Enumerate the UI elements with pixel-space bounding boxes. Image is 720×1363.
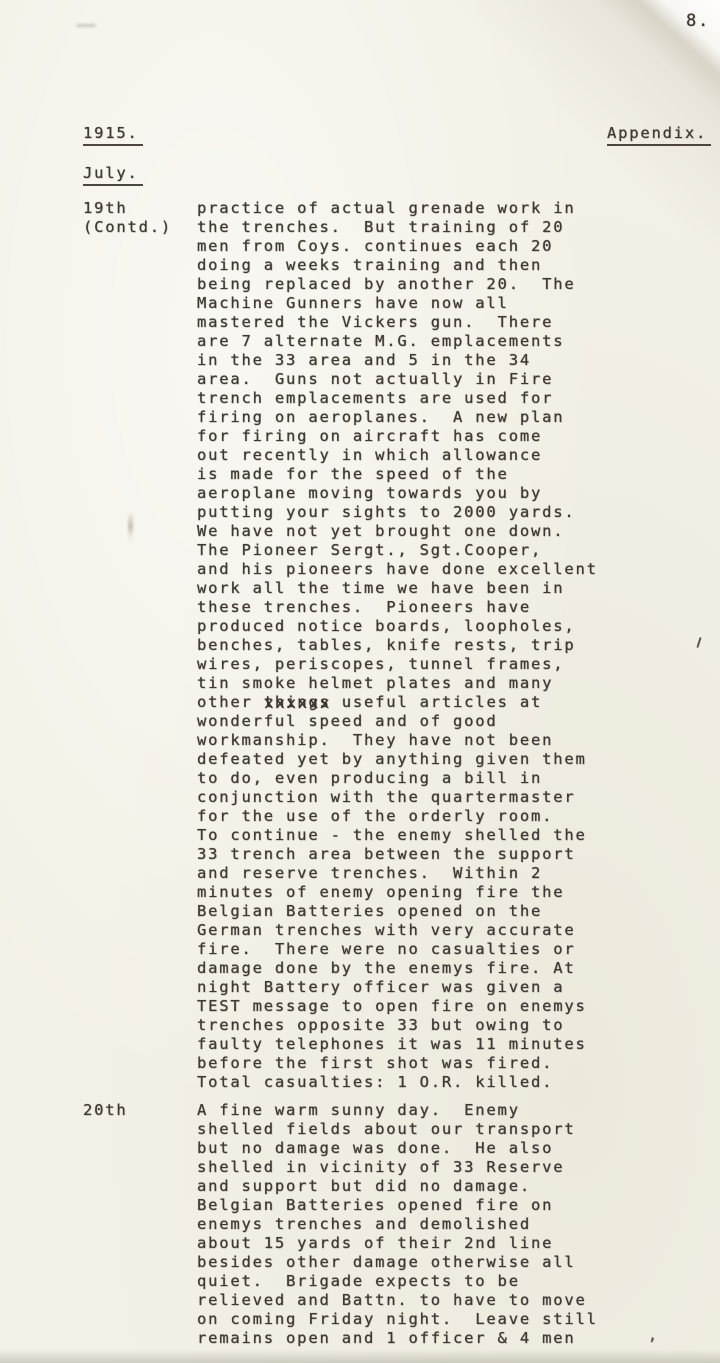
- text-line: night Battery officer was given a: [197, 978, 598, 997]
- text-line: workmanship. They have not been: [197, 731, 598, 750]
- text-line: for firing on aircraft has come: [197, 427, 598, 446]
- text-line: before the first shot was fired.: [197, 1054, 598, 1073]
- text-line: benches, tables, knife rests, trip: [197, 636, 598, 655]
- text-line: practice of actual grenade work in: [197, 199, 598, 218]
- text-line: area. Guns not actually in Fire: [197, 370, 598, 389]
- text-line: Total casualties: 1 O.R. killed.: [197, 1073, 598, 1092]
- text-line: TEST message to open fire on enemys: [197, 997, 598, 1016]
- date-label-line: (Contd.): [83, 218, 172, 237]
- scan-smudge: [128, 512, 133, 544]
- text-line: shelled fields about our transport: [197, 1120, 598, 1139]
- overstruck-word: things: [264, 693, 331, 712]
- text-line: shelled in vicinity of 33 Reserve: [197, 1158, 598, 1177]
- stray-pen-mark: [696, 637, 701, 648]
- month-heading: July.: [83, 164, 143, 186]
- text-line: the trenches. But training of 20: [197, 218, 598, 237]
- text-line: German trenches with very accurate: [197, 921, 598, 940]
- page-number: 8.: [686, 12, 710, 31]
- text-line: produced notice boards, loopholes,: [197, 617, 598, 636]
- text-line: quiet. Brigade expects to be: [197, 1272, 598, 1291]
- text-line: are 7 alternate M.G. emplacements: [197, 332, 598, 351]
- text-line: 33 trench area between the support: [197, 845, 598, 864]
- text-line: in the 33 area and 5 in the 34: [197, 351, 598, 370]
- text-line: To continue - the enemy shelled the: [197, 826, 598, 845]
- text-line: relieved and Battn. to have to move: [197, 1291, 598, 1310]
- date-label-line: 19th: [83, 199, 172, 218]
- text-line: men from Coys. continues each 20: [197, 237, 598, 256]
- text-line: and reserve trenches. Within 2: [197, 864, 598, 883]
- text-line: faulty telephones it was 11 minutes: [197, 1035, 598, 1054]
- text-line: aeroplane moving towards you by: [197, 484, 598, 503]
- text-line: minutes of enemy opening fire the: [197, 883, 598, 902]
- text-line: besides other damage otherwise all: [197, 1253, 598, 1272]
- date-label-line: 20th: [83, 1101, 128, 1120]
- text-line: trenches opposite 33 but owing to: [197, 1016, 598, 1035]
- text-line: tin smoke helmet plates and many: [197, 674, 598, 693]
- text-line: The Pioneer Sergt., Sgt.Cooper,: [197, 541, 598, 560]
- text-line: conjunction with the quartermaster: [197, 788, 598, 807]
- text-line: Belgian Batteries opened fire on: [197, 1196, 598, 1215]
- text-line: being replaced by another 20. The: [197, 275, 598, 294]
- scan-smudge: [76, 24, 96, 27]
- text-line: Belgian Batteries opened on the: [197, 902, 598, 921]
- text-line: to do, even producing a bill in: [197, 769, 598, 788]
- text-line: trench emplacements are used for: [197, 389, 598, 408]
- text-line: work all the time we have been in: [197, 579, 598, 598]
- text-line: fire. There were no casualties or: [197, 940, 598, 959]
- text-line: about 15 yards of their 2nd line: [197, 1234, 598, 1253]
- text-line: mastered the Vickers gun. There: [197, 313, 598, 332]
- document-page: 8. 1915. Appendix. July. 19th(Contd.)pra…: [0, 0, 720, 1363]
- text-line: doing a weeks training and then: [197, 256, 598, 275]
- text-line: on coming Friday night. Leave still: [197, 1310, 598, 1329]
- text-line: firing on aeroplanes. A new plan: [197, 408, 598, 427]
- stray-ink-mark: ,: [648, 1326, 657, 1345]
- text-line: wires, periscopes, tunnel frames,: [197, 655, 598, 674]
- text-line: and support but did no damage.: [197, 1177, 598, 1196]
- text-line: these trenches. Pioneers have: [197, 598, 598, 617]
- text-line: Machine Gunners have now all: [197, 294, 598, 313]
- text-line: enemys trenches and demolished: [197, 1215, 598, 1234]
- text-line: putting your sights to 2000 yards.: [197, 503, 598, 522]
- text-line: and his pioneers have done excellent: [197, 560, 598, 579]
- text-line: for the use of the orderly room.: [197, 807, 598, 826]
- entry-date-label: 19th(Contd.): [83, 199, 172, 237]
- text-line: remains open and 1 officer & 4 men: [197, 1329, 598, 1348]
- text-line: is made for the speed of the: [197, 465, 598, 484]
- text-line: We have not yet brought one down.: [197, 522, 598, 541]
- text-line: A fine warm sunny day. Enemy: [197, 1101, 598, 1120]
- text-line: other things useful articles at: [197, 693, 598, 712]
- text-line: damage done by the enemys fire. At: [197, 959, 598, 978]
- entry-date-label: 20th: [83, 1101, 128, 1120]
- year-heading: 1915.: [83, 124, 143, 146]
- appendix-heading: Appendix.: [607, 124, 711, 146]
- text-line: but no damage was done. He also: [197, 1139, 598, 1158]
- entry-body-text: A fine warm sunny day. Enemyshelled fiel…: [197, 1101, 598, 1348]
- text-line: wonderful speed and of good: [197, 712, 598, 731]
- entry-body-text: practice of actual grenade work inthe tr…: [197, 199, 598, 1092]
- text-line: out recently in which allowance: [197, 446, 598, 465]
- text-line: defeated yet by anything given them: [197, 750, 598, 769]
